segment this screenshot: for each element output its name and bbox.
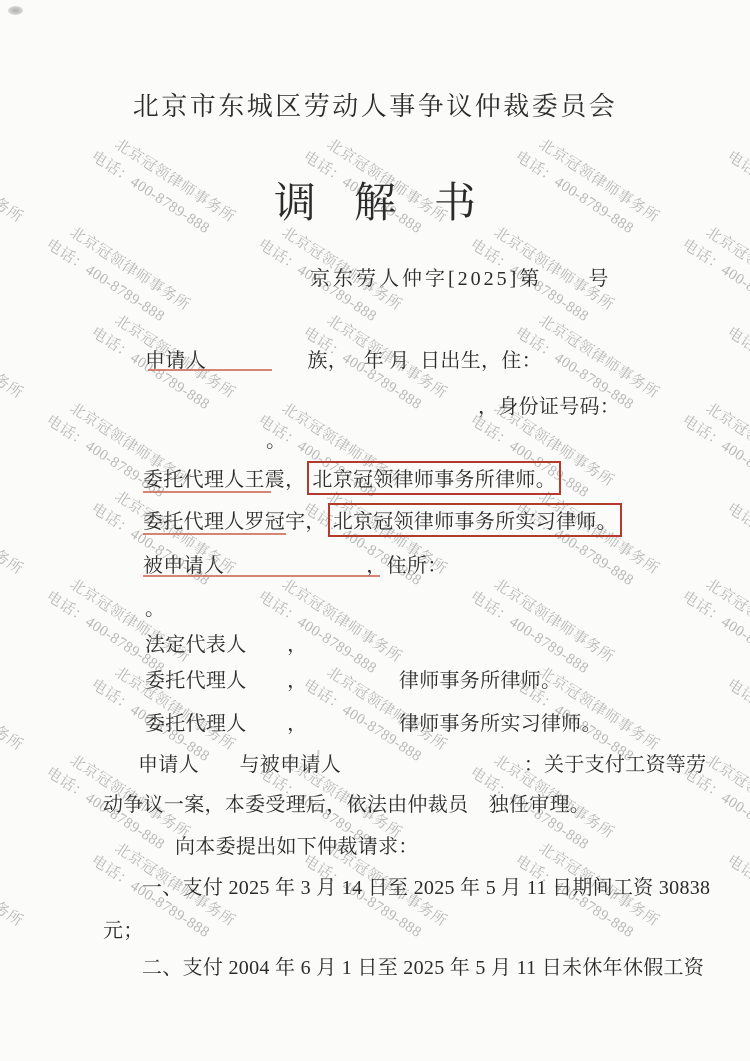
agent3-line: 委托代理人 ， 律师事务所律师。 bbox=[145, 664, 561, 693]
doc-type-title: 调解书 bbox=[0, 170, 750, 230]
agent1-line: 委托代理人王震，北京冠领律师事务所律师。 bbox=[143, 461, 561, 495]
claim2-line: 二、支付 2004 年 6 月 1 日至 2025 年 5 月 11 日未休年休… bbox=[142, 951, 704, 980]
respondent-period: 。 bbox=[145, 592, 165, 621]
agent4-line: 委托代理人 ， 律师事务所实习律师。 bbox=[145, 707, 602, 736]
authority-title: 北京市东城区劳动人事争议仲裁委员会 bbox=[0, 86, 750, 123]
case-summary-line1: 申请人 与被申请人 ：关于支付工资等劳 bbox=[138, 748, 706, 777]
case-summary-line2: 动争议一案，本委受理后，依法由仲裁员 独任审理。 bbox=[103, 788, 590, 817]
scan-speck bbox=[8, 6, 23, 15]
address-period: 。 bbox=[266, 424, 286, 453]
case-number: 京东劳人仲字[2025]第 号 bbox=[310, 262, 611, 291]
agent1-red-box: 北京冠领律师事务所律师。 bbox=[307, 461, 561, 495]
agent2-underline bbox=[143, 533, 286, 535]
respondent-redaction-underline bbox=[143, 575, 380, 577]
document-content: 北京市东城区劳动人事争议仲裁委员会 调解书 京东劳人仲字[2025]第 号 申请… bbox=[0, 0, 750, 1061]
document-page: 北京冠领律师事务所电话：400-8789-888北京冠领律师事务所电话：400-… bbox=[0, 0, 750, 1061]
agent1-prefix: 委托代理人王震， bbox=[143, 469, 305, 491]
agent2-line: 委托代理人罗冠宇，北京冠领律师事务所实习律师。 bbox=[143, 503, 622, 537]
claim1-line2: 元； bbox=[103, 914, 144, 943]
agent2-prefix: 委托代理人罗冠宇， bbox=[143, 511, 326, 533]
agent1-underline bbox=[143, 491, 271, 493]
respondent-line: 被申请人 ，住所： bbox=[143, 549, 448, 578]
legal-rep-line: 法定代表人 ， bbox=[145, 628, 307, 657]
applicant-redaction-underline bbox=[148, 369, 272, 371]
claim1-line1: 一、支付 2025 年 3 月 14 日至 2025 年 5 月 11 日期间工… bbox=[142, 871, 710, 900]
request-intro-line: 向本委提出如下仲裁请求： bbox=[175, 830, 419, 859]
id-number-line: ，身份证号码： bbox=[478, 390, 620, 419]
agent2-red-box: 北京冠领律师事务所实习律师。 bbox=[328, 503, 622, 537]
